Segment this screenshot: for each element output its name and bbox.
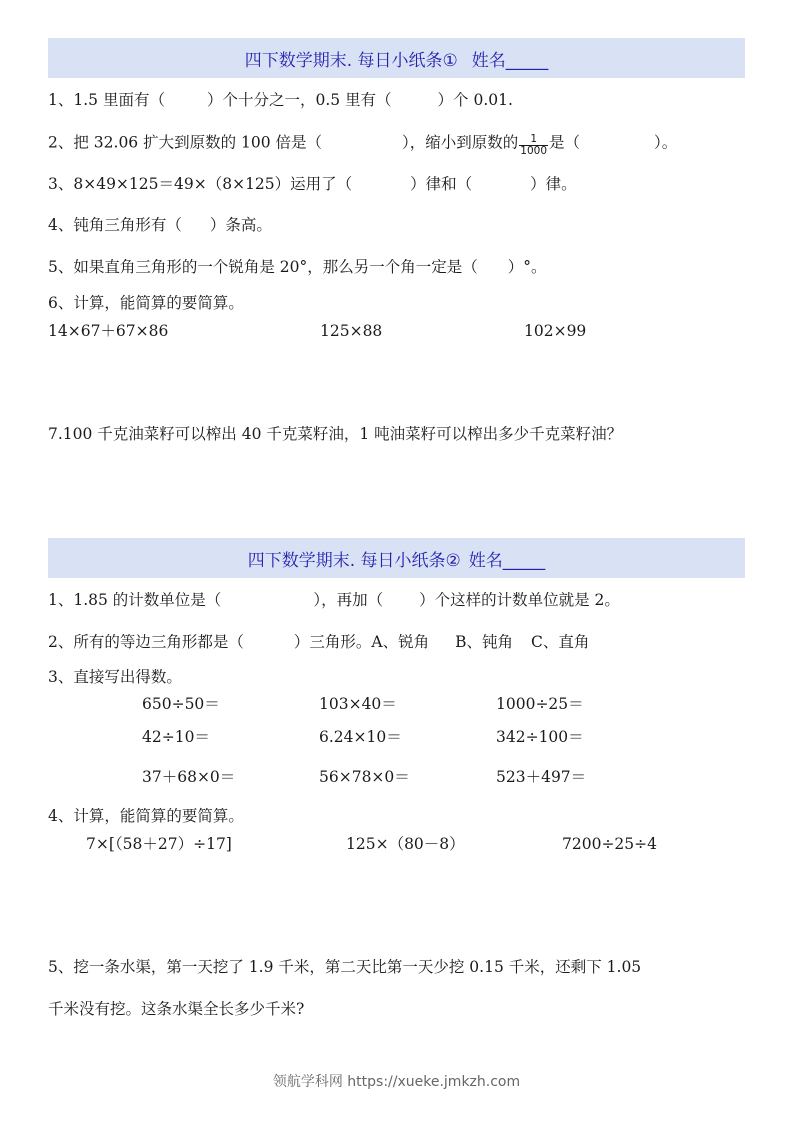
mental-math-item: 523＋497＝ [496, 767, 586, 787]
question-text: 5、如果直角三角形的一个锐角是 20°，那么另一个角一定是（ [48, 258, 478, 276]
sheet1-question-4: 4、钝角三角形有（）条高。 [48, 215, 272, 235]
mental-math-item: 37＋68×0＝ [142, 767, 235, 787]
question-text: 1、1.5 里面有（ [48, 91, 165, 109]
question-text: 3、8×49×125＝49×（8×125）运用了（ [48, 175, 352, 193]
sheet2-title: 四下数学期末. 每日小纸条② [248, 546, 461, 571]
sheet1-question-3: 3、8×49×125＝49×（8×125）运用了（）律和（）律。 [48, 174, 577, 194]
fraction-numerator: 1 [529, 134, 538, 145]
fraction: 11000 [519, 134, 548, 157]
sheet1-question-6-prompt: 6、计算，能简算的要简算。 [48, 293, 244, 313]
sheet1-q6-expression-2: 125×88 [320, 321, 382, 341]
question-text: ）个 0.01. [438, 91, 513, 109]
question-text: 4、钝角三角形有（ [48, 216, 182, 234]
sheet2-question-2: 2、所有的等边三角形都是（）三角形。A、锐角B、钝角C、直角 [48, 632, 589, 652]
sheet2-question-5-line-2: 千米没有挖。这条水渠全长多少千米? [48, 999, 304, 1019]
question-text: ）律和（ [410, 175, 472, 193]
sheet2-question-5-line-1: 5、挖一条水渠，第一天挖了 1.9 千米，第二天比第一天少挖 0.15 千米，还… [48, 957, 641, 977]
sheet1-question-1: 1、1.5 里面有（）个十分之一，0.5 里有（）个 0.01. [48, 90, 513, 110]
mental-math-item: 6.24×10＝ [319, 727, 402, 747]
mental-math-item: 56×78×0＝ [319, 767, 410, 787]
sheet2-name-field[interactable]: 姓名_____ [469, 546, 546, 571]
sheet1-title: 四下数学期末. 每日小纸条① [245, 46, 458, 71]
mental-math-item: 103×40＝ [319, 694, 397, 714]
mental-math-item: 650÷50＝ [142, 694, 220, 714]
question-text: ）条高。 [210, 216, 272, 234]
question-text: 2、把 32.06 扩大到原数的 100 倍是（ [48, 134, 322, 152]
sheet2-question-1: 1、1.85 的计数单位是（），再加（）个这样的计数单位就是 2。 [48, 590, 620, 610]
mental-math-item: 42÷10＝ [142, 727, 210, 747]
question-text: ）律。 [530, 175, 577, 193]
sheet1-header: 四下数学期末. 每日小纸条① 姓名_____ [48, 38, 745, 78]
sheet2-header: 四下数学期末. 每日小纸条② 姓名_____ [48, 538, 745, 578]
question-text: ）三角形。A、锐角 [294, 633, 429, 651]
sheet1-q6-expression-1: 14×67＋67×86 [48, 321, 168, 341]
option-c: C、直角 [531, 633, 589, 651]
option-b: B、钝角 [455, 633, 513, 651]
sheet2-q4-expression-3: 7200÷25÷4 [562, 834, 657, 854]
question-text: 是（ [549, 134, 580, 152]
question-text: 2、所有的等边三角形都是（ [48, 633, 244, 651]
question-text: ），缩小到原数的 [402, 134, 518, 152]
sheet2-question-4-prompt: 4、计算，能简算的要简算。 [48, 806, 244, 826]
mental-math-item: 1000÷25＝ [496, 694, 584, 714]
sheet1-name-field[interactable]: 姓名_____ [472, 46, 549, 71]
sheet1-question-5: 5、如果直角三角形的一个锐角是 20°，那么另一个角一定是（）°。 [48, 257, 547, 277]
sheet2-q4-expression-2: 125×（80－8） [346, 834, 465, 854]
question-text: ）个十分之一，0.5 里有（ [207, 91, 392, 109]
sheet2-q4-expression-1: 7×[（58＋27）÷17] [86, 834, 232, 854]
question-text: ）。 [654, 134, 677, 152]
sheet1-q6-expression-3: 102×99 [524, 321, 586, 341]
mental-math-item: 342÷100＝ [496, 727, 584, 747]
fraction-denominator: 1000 [519, 145, 548, 157]
question-text: 1、1.85 的计数单位是（ [48, 591, 221, 609]
sheet2-question-3-prompt: 3、直接写出得数。 [48, 667, 182, 687]
sheet1-question-7: 7.100 千克油菜籽可以榨出 40 千克菜籽油，1 吨油菜籽可以榨出多少千克菜… [48, 424, 622, 444]
question-text: ）°。 [508, 258, 547, 276]
question-text: ）个这样的计数单位就是 2。 [419, 591, 620, 609]
question-text: ），再加（ [313, 591, 383, 609]
sheet1-question-2: 2、把 32.06 扩大到原数的 100 倍是（），缩小到原数的11000是（）… [48, 132, 677, 155]
footer-watermark: 领航学科网 https://xueke.jmkzh.com [0, 1071, 793, 1091]
